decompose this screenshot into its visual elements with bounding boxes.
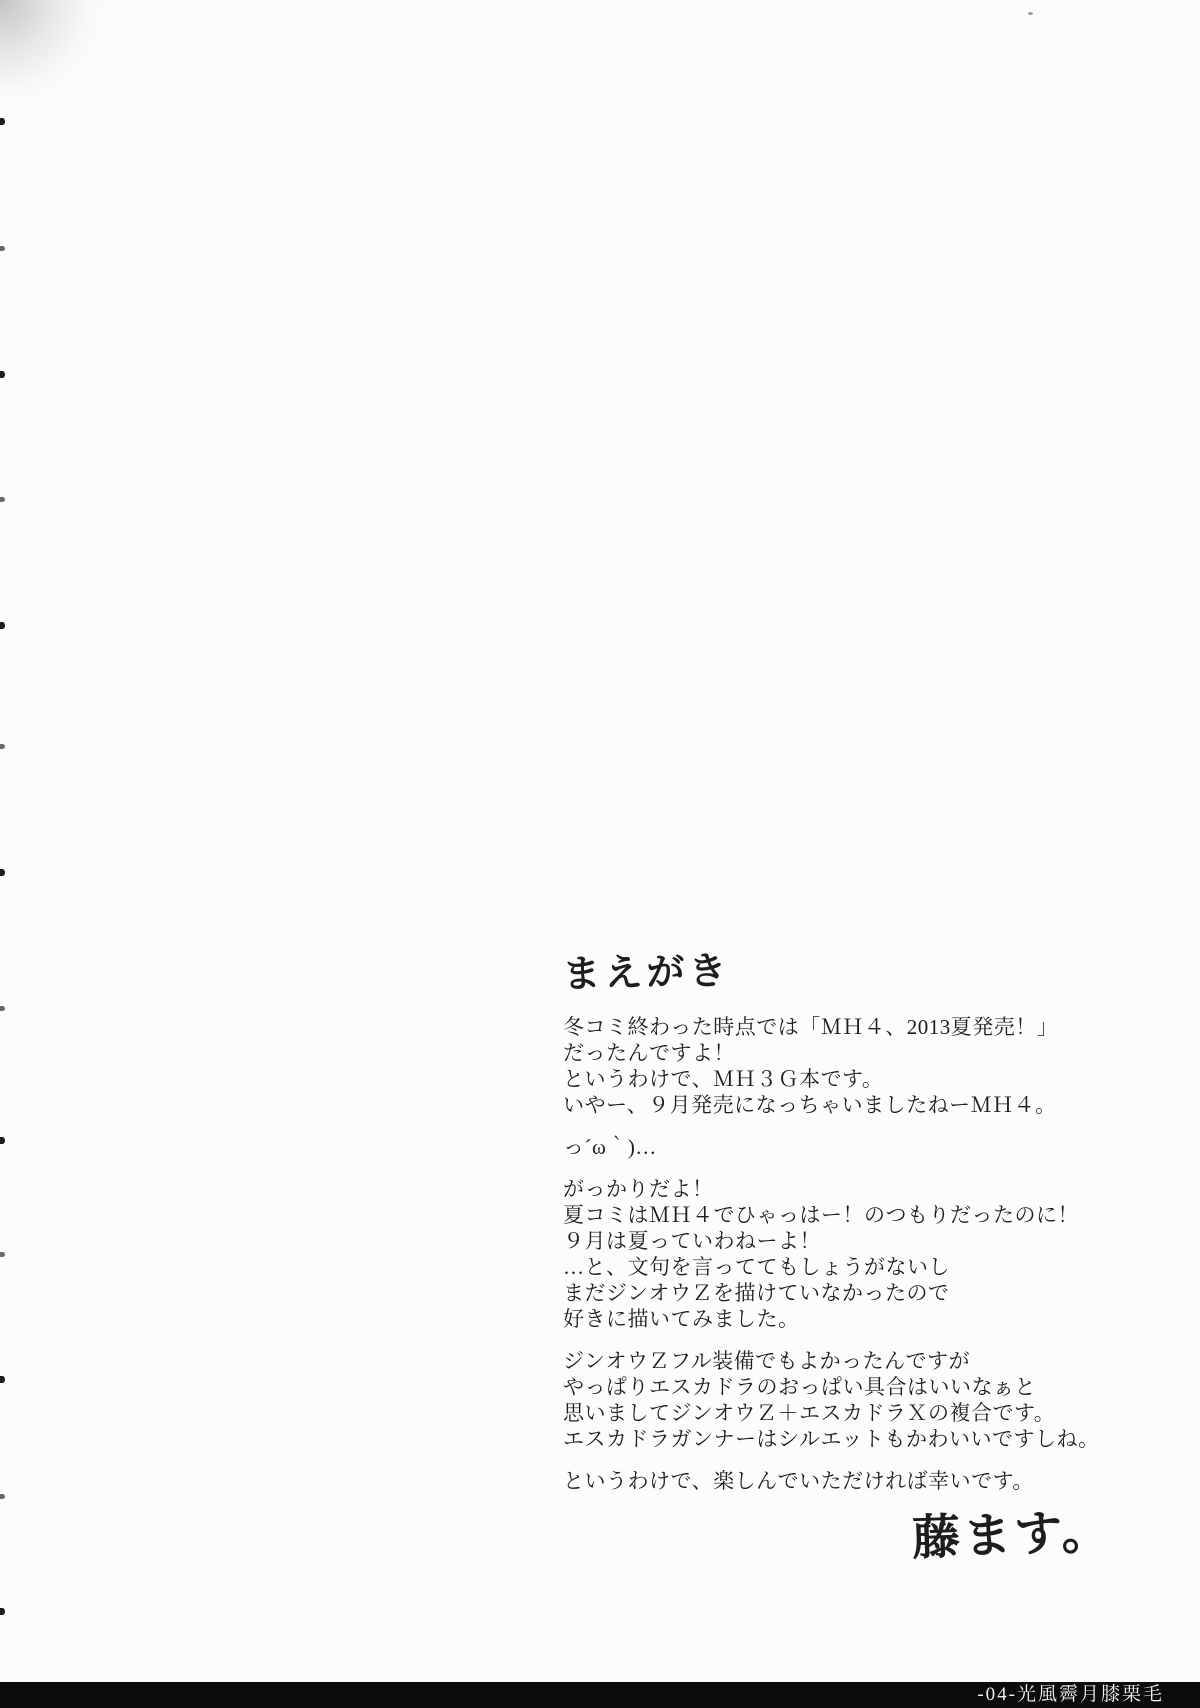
scan-speck — [0, 371, 5, 378]
scan-speck — [0, 622, 5, 629]
text-line: まだジンオウＺを描けていなかったので — [563, 1280, 1083, 1306]
scan-smudge — [0, 0, 105, 105]
page-number-title: -04-光風霽月膝栗毛 — [977, 1682, 1164, 1708]
preface-paragraph: がっかりだよ！ 夏コミはＭＨ４でひゃっはー！のつもりだったのに！ ９月は夏ってい… — [563, 1176, 1083, 1332]
preface-paragraph: 冬コミ終わった時点では「ＭＨ４、2013夏発売！」 だったんですよ！ というわけ… — [563, 1014, 1083, 1118]
scan-speck — [0, 1006, 5, 1011]
scan-speck — [0, 1494, 5, 1499]
scan-speck — [0, 1137, 5, 1144]
text-line: 冬コミ終わった時点では「ＭＨ４、2013夏発売！」 — [563, 1014, 1083, 1040]
text-line: というわけで、楽しんでいただければ幸いです。 — [563, 1468, 1083, 1494]
scan-speck — [0, 1608, 5, 1615]
scan-speck — [0, 1376, 5, 1383]
text-line: 思いましてジンオウＺ＋エスカドラＸの複合です。 — [563, 1400, 1083, 1426]
emoticon-text: っ´ω｀)… — [563, 1134, 1083, 1160]
author-signature: 藤ます。 — [911, 1493, 1113, 1569]
scan-speck — [1028, 12, 1033, 15]
scan-speck — [0, 1252, 5, 1257]
text-line: というわけで、ＭＨ３Ｇ本です。 — [563, 1066, 1083, 1092]
text-line: ジンオウＺフル装備でもよかったんですが — [563, 1348, 1083, 1374]
text-line: やっぱりエスカドラのおっぱい具合はいいなぁと — [563, 1374, 1083, 1400]
scan-speck — [0, 497, 5, 502]
text-line: いやー、９月発売になっちゃいましたねーＭＨ４。 — [563, 1092, 1083, 1118]
text-line: 夏コミはＭＨ４でひゃっはー！のつもりだったのに！ — [563, 1202, 1083, 1228]
preface-paragraph: ジンオウＺフル装備でもよかったんですが やっぱりエスカドラのおっぱい具合はいいな… — [563, 1348, 1083, 1452]
preface-section: まえがき 冬コミ終わった時点では「ＭＨ４、2013夏発売！」 だったんですよ！ … — [563, 952, 1083, 1510]
text-line: ９月は夏っていわねーよ！ — [563, 1228, 1083, 1254]
scanned-page: まえがき 冬コミ終わった時点では「ＭＨ４、2013夏発売！」 だったんですよ！ … — [0, 0, 1200, 1708]
preface-paragraph-emoticon: っ´ω｀)… — [563, 1134, 1083, 1160]
preface-title: まえがき — [562, 941, 1083, 996]
scan-speck — [0, 246, 5, 251]
scan-speck — [0, 744, 5, 749]
text-line: だったんですよ！ — [563, 1040, 1083, 1066]
scan-speck — [0, 118, 5, 125]
footer-bar: -04-光風霽月膝栗毛 — [0, 1682, 1200, 1708]
text-line: エスカドラガンナーはシルエットもかわいいですしね。 — [563, 1426, 1083, 1452]
text-line: 好きに描いてみました。 — [563, 1306, 1083, 1332]
preface-paragraph: というわけで、楽しんでいただければ幸いです。 — [563, 1468, 1083, 1494]
text-line: がっかりだよ！ — [563, 1176, 1083, 1202]
scan-speck — [0, 869, 5, 876]
text-line: …と、文句を言っててもしょうがないし — [563, 1254, 1083, 1280]
